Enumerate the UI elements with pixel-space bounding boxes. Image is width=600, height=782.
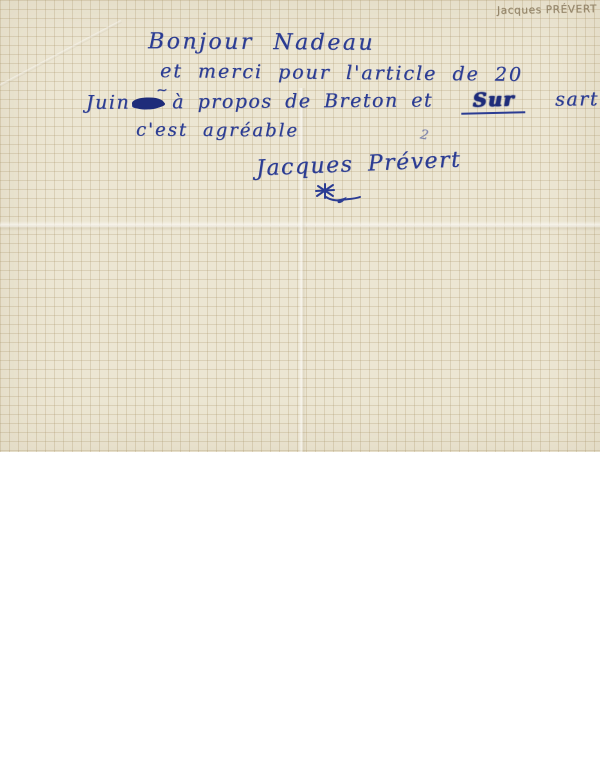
corner-wrinkle [0, 20, 122, 93]
signature: Jacques Prévert [256, 148, 462, 182]
star-doodle-icon [314, 182, 362, 208]
pencil-annotation: Jacques PRÉVERT [497, 3, 597, 17]
stray-ink-mark: 2 [419, 127, 430, 143]
scanner-background [0, 452, 600, 782]
ink-scribble-blot [132, 96, 165, 110]
letter-line-2: et merci pour l'article de 20 [160, 60, 523, 86]
letter-paper: Jacques PRÉVERT Bonjour Nadeau et merci … [0, 0, 600, 452]
letter-line-3-start: Juin [86, 92, 130, 114]
letter-line-3: Juinà propos de Breton etSursartre [86, 88, 600, 117]
letter-line-3-end: sartre [555, 88, 600, 110]
underlined-word: Sur [461, 88, 526, 115]
letter-greeting: Bonjour Nadeau [148, 29, 375, 56]
vertical-fold-crease [298, 88, 306, 452]
letter-line-3-mid: à propos de Breton et [172, 89, 433, 113]
letter-line-4: c'est agréable [136, 120, 299, 142]
scanned-letter: Jacques PRÉVERT Bonjour Nadeau et merci … [0, 0, 600, 782]
